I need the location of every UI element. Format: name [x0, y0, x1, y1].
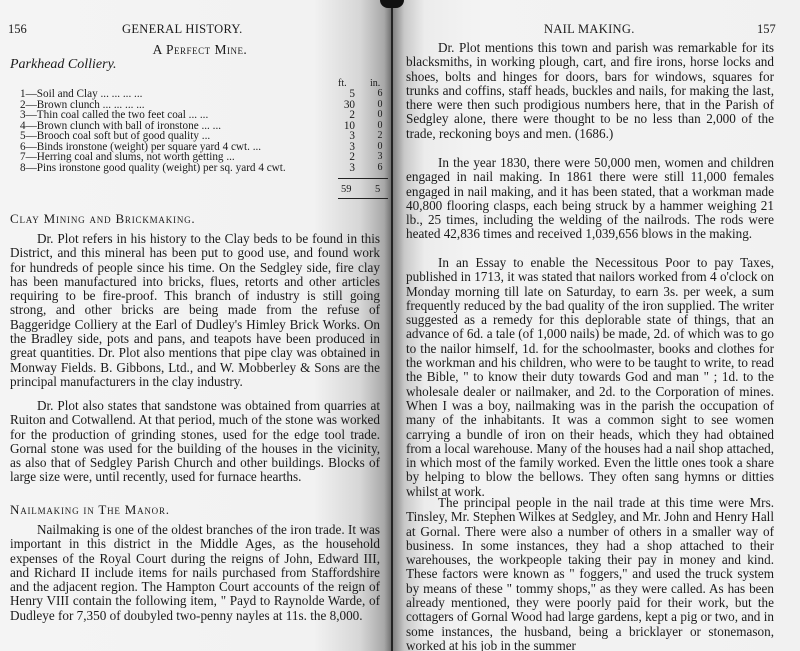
right-page: NAIL MAKING. 157 Dr. Plot mentions this …: [392, 0, 800, 651]
paragraph-right-1: Dr. Plot mentions this town and parish w…: [406, 41, 774, 141]
header-ft: ft.: [338, 78, 347, 89]
page-number: 157: [757, 22, 776, 37]
table-rule: [338, 178, 388, 179]
paragraph-right-3: In an Essay to enable the Necessitous Po…: [406, 256, 774, 499]
paragraph-clay-2: Dr. Plot also states that sandstone was …: [10, 399, 380, 485]
table-row: 1—Soil and Clay ... ... ... ... 5 6: [20, 89, 380, 100]
paragraph-nail-1: Nailmaking is one of the oldest branches…: [10, 523, 380, 623]
section-title-clay: Clay Mining and Brickmaking.: [10, 211, 195, 227]
table-row: 7—Herring coal and slums, not worth gett…: [20, 152, 380, 163]
table-rule: [338, 198, 388, 199]
paragraph-clay-1: Dr. Plot refers in his history to the Cl…: [10, 232, 380, 389]
book-spread: 156 GENERAL HISTORY. A Perfect Mine. Par…: [0, 0, 800, 651]
page-number: 156: [8, 22, 27, 37]
left-page: 156 GENERAL HISTORY. A Perfect Mine. Par…: [0, 0, 392, 651]
book-gutter: [391, 0, 393, 651]
section-title-perfect-mine: A Perfect Mine.: [10, 42, 390, 58]
table-row: 5—Brooch coal soft but of good quality .…: [20, 131, 380, 142]
table-row: 3—Thin coal called the two feet coal ...…: [20, 110, 380, 121]
running-head: NAIL MAKING.: [544, 22, 635, 37]
running-head: GENERAL HISTORY.: [122, 22, 243, 37]
strata-table: ft. in. 1—Soil and Clay ... ... ... ... …: [20, 86, 380, 173]
table-row: 8—Pins ironstone good quality (weight) p…: [20, 163, 380, 174]
colliery-name: Parkhead Colliery.: [10, 57, 117, 73]
paragraph-right-2: In the year 1830, there were 50,000 men,…: [406, 156, 774, 242]
section-title-nailmaking: Nailmaking in The Manor.: [10, 502, 170, 518]
paragraph-right-4: The principal people in the nail trade a…: [406, 496, 774, 651]
